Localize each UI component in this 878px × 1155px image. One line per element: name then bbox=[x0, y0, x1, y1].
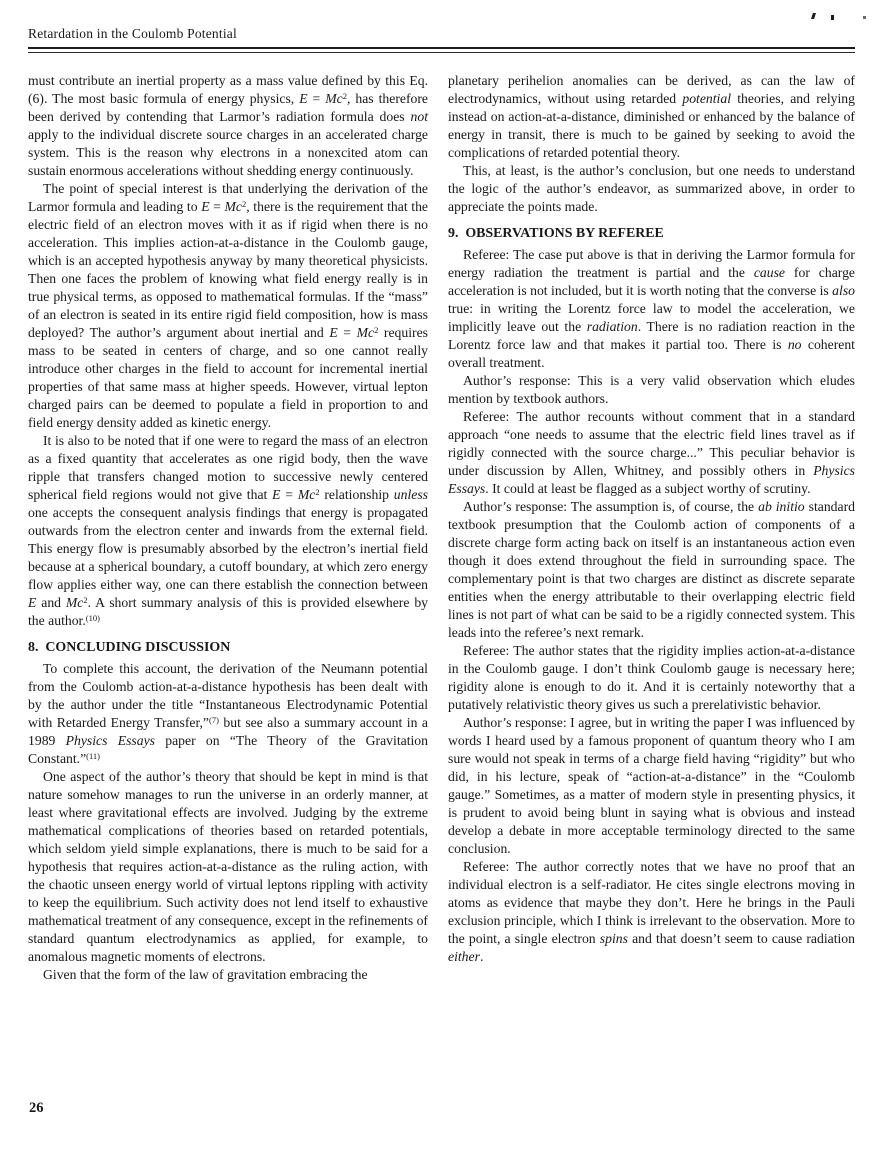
scanned-paper-page: Retardation in the Coulomb Potential mus… bbox=[0, 0, 878, 1155]
right-column: planetary perihelion anomalies can be de… bbox=[448, 72, 855, 984]
paragraph: Given that the form of the law of gravit… bbox=[28, 966, 428, 984]
two-column-body: must contribute an inertial property as … bbox=[0, 72, 878, 984]
paragraph: Referee: The case put above is that in d… bbox=[448, 246, 855, 372]
paragraph: Referee: The author correctly notes that… bbox=[448, 858, 855, 966]
left-column: must contribute an inertial property as … bbox=[28, 72, 428, 984]
paragraph: One aspect of the author’s theory that s… bbox=[28, 768, 428, 966]
paragraph: Referee: The author states that the rigi… bbox=[448, 642, 855, 714]
paragraph: Author’s response: This is a very valid … bbox=[448, 372, 855, 408]
section-heading: 9. OBSERVATIONS BY REFEREE bbox=[448, 225, 855, 243]
header-rule bbox=[28, 47, 855, 53]
scan-speck bbox=[831, 15, 834, 20]
running-title: Retardation in the Coulomb Potential bbox=[28, 26, 855, 42]
paragraph: Referee: The author recounts without com… bbox=[448, 408, 855, 498]
paragraph: must contribute an inertial property as … bbox=[28, 72, 428, 180]
paragraph: To complete this account, the derivation… bbox=[28, 660, 428, 768]
page-number: 26 bbox=[29, 1100, 44, 1117]
section-heading: 8. CONCLUDING DISCUSSION bbox=[28, 639, 428, 657]
paragraph: Author’s response: I agree, but in writi… bbox=[448, 714, 855, 858]
paragraph: This, at least, is the author’s conclusi… bbox=[448, 162, 855, 216]
paragraph: planetary perihelion anomalies can be de… bbox=[448, 72, 855, 162]
scan-speck bbox=[863, 16, 866, 19]
paragraph: Author’s response: The assumption is, of… bbox=[448, 498, 855, 642]
paragraph: It is also to be noted that if one were … bbox=[28, 432, 428, 630]
paragraph: The point of special interest is that un… bbox=[28, 180, 428, 432]
page-header: Retardation in the Coulomb Potential bbox=[0, 0, 878, 53]
